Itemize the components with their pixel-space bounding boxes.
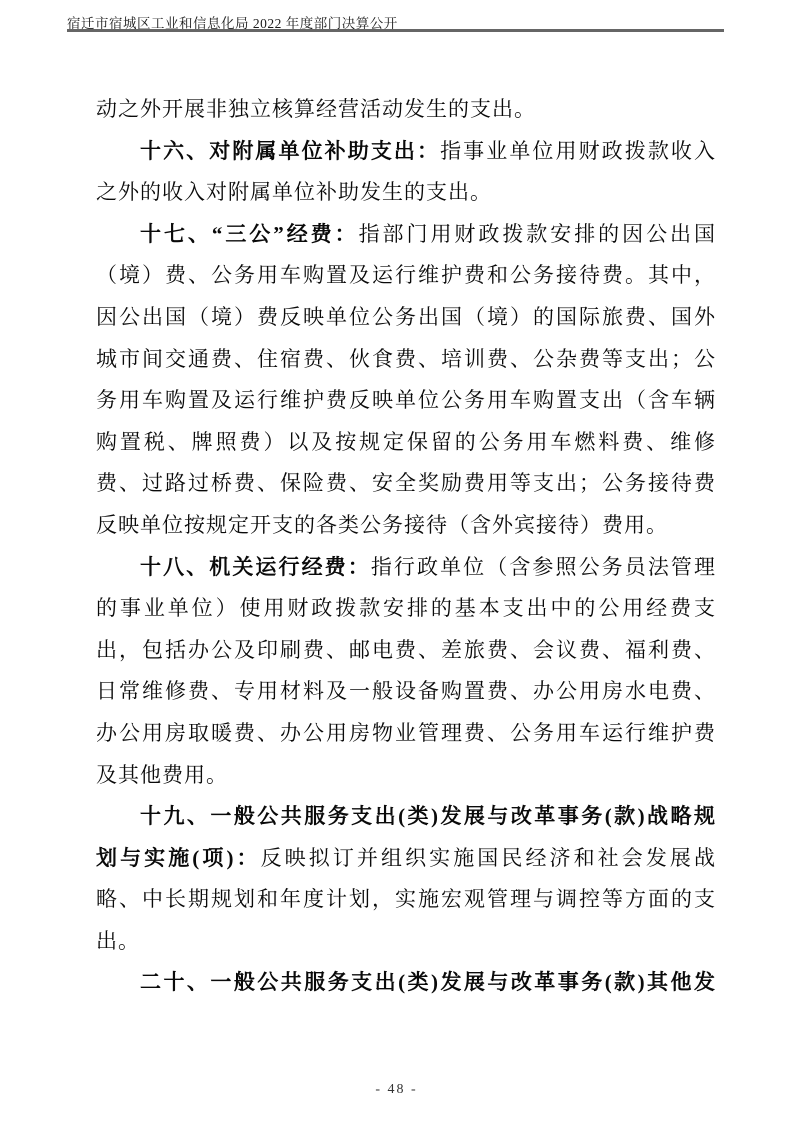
body-text: 略、中长期规划和年度计划，实施宏观管理与调控等方面的支: [96, 887, 716, 911]
body-text: 城市间交通费、住宿费、伙食费、培训费、公杂费等支出；公: [96, 347, 716, 371]
body-text: 及其他费用。: [96, 763, 228, 787]
text-line: 日常维修费、专用材料及一般设备购置费、办公用房水电费、: [96, 671, 716, 713]
text-line: 略、中长期规划和年度计划，实施宏观管理与调控等方面的支: [96, 879, 716, 921]
document-page: 宿迁市宿城区工业和信息化局 2022 年度部门决算公开 动之外开展非独立核算经营…: [0, 0, 793, 1122]
body-text: （境）费、公务用车购置及运行维护费和公务接待费。其中，: [96, 263, 716, 287]
text-line: 之外的收入对附属单位补助发生的支出。: [96, 172, 716, 214]
text-line: 及其他费用。: [96, 755, 716, 797]
body-text: 费、过路过桥费、保险费、安全奖励费用等支出；公务接待费: [96, 471, 716, 495]
text-line: 十九、一般公共服务支出(类)发展与改革事务(款)战略规: [96, 796, 716, 838]
text-line: 二十、一般公共服务支出(类)发展与改革事务(款)其他发: [96, 962, 716, 1004]
body-text: 出。: [96, 929, 140, 953]
text-line: 务用车购置及运行维护费反映单位公务用车购置支出（含车辆: [96, 380, 716, 422]
body-text: 务用车购置及运行维护费反映单位公务用车购置支出（含车辆: [96, 388, 716, 412]
body-text: 指行政单位（含参照公务员法管理: [371, 555, 716, 579]
term-heading-text: 十七、“三公”经费：: [140, 222, 359, 246]
text-line: 购置税、牌照费）以及按规定保留的公务用车燃料费、维修: [96, 422, 716, 464]
term-heading-text: 划与实施(项)：: [96, 846, 261, 870]
text-line: 的事业单位）使用财政拨款安排的基本支出中的公用经费支: [96, 588, 716, 630]
text-line: 城市间交通费、住宿费、伙食费、培训费、公杂费等支出；公: [96, 339, 716, 381]
text-line: 出。: [96, 921, 716, 963]
term-heading-text: 十六、对附属单位补助支出：: [140, 139, 440, 163]
body-text: 办公用房取暖费、办公用房物业管理费、公务用车运行维护费: [96, 721, 716, 745]
text-line: 因公出国（境）费反映单位公务出国（境）的国际旅费、国外: [96, 297, 716, 339]
text-line: 十七、“三公”经费：指部门用财政拨款安排的因公出国: [96, 214, 716, 256]
text-line: 办公用房取暖费、办公用房物业管理费、公务用车运行维护费: [96, 713, 716, 755]
body-text: 因公出国（境）费反映单位公务出国（境）的国际旅费、国外: [96, 305, 716, 329]
text-line: 反映单位按规定开支的各类公务接待（含外宾接待）费用。: [96, 505, 716, 547]
body-text: 日常维修费、专用材料及一般设备购置费、办公用房水电费、: [96, 679, 716, 703]
body-text: 购置税、牌照费）以及按规定保留的公务用车燃料费、维修: [96, 430, 716, 454]
page-footer: - 48 -: [0, 1080, 793, 1098]
text-line: 十六、对附属单位补助支出：指事业单位用财政拨款收入: [96, 131, 716, 173]
body-text: 的事业单位）使用财政拨款安排的基本支出中的公用经费支: [96, 596, 716, 620]
body-text: 指事业单位用财政拨款收入: [440, 139, 716, 163]
text-line: 费、过路过桥费、保险费、安全奖励费用等支出；公务接待费: [96, 463, 716, 505]
body-text: 动之外开展非独立核算经营活动发生的支出。: [96, 97, 536, 121]
body-text: 之外的收入对附属单位补助发生的支出。: [96, 180, 492, 204]
header-rule: [67, 29, 724, 32]
text-line: 十八、机关运行经费：指行政单位（含参照公务员法管理: [96, 547, 716, 589]
text-line: 出，包括办公及印刷费、邮电费、差旅费、会议费、福利费、: [96, 630, 716, 672]
body-text: 指部门用财政拨款安排的因公出国: [359, 222, 716, 246]
term-heading-text: 十九、一般公共服务支出(类)发展与改革事务(款)战略规: [140, 804, 716, 828]
document-body: 动之外开展非独立核算经营活动发生的支出。十六、对附属单位补助支出：指事业单位用财…: [96, 89, 716, 1004]
body-text: 反映拟订并组织实施国民经济和社会发展战: [261, 846, 716, 870]
term-heading-text: 二十、一般公共服务支出(类)发展与改革事务(款)其他发: [140, 970, 716, 994]
text-line: （境）费、公务用车购置及运行维护费和公务接待费。其中，: [96, 255, 716, 297]
text-line: 划与实施(项)：反映拟订并组织实施国民经济和社会发展战: [96, 838, 716, 880]
text-line: 动之外开展非独立核算经营活动发生的支出。: [96, 89, 716, 131]
body-text: 出，包括办公及印刷费、邮电费、差旅费、会议费、福利费、: [96, 638, 716, 662]
page-number: - 48 -: [375, 1082, 417, 1097]
body-text: 反映单位按规定开支的各类公务接待（含外宾接待）费用。: [96, 513, 668, 537]
term-heading-text: 十八、机关运行经费：: [140, 555, 371, 579]
